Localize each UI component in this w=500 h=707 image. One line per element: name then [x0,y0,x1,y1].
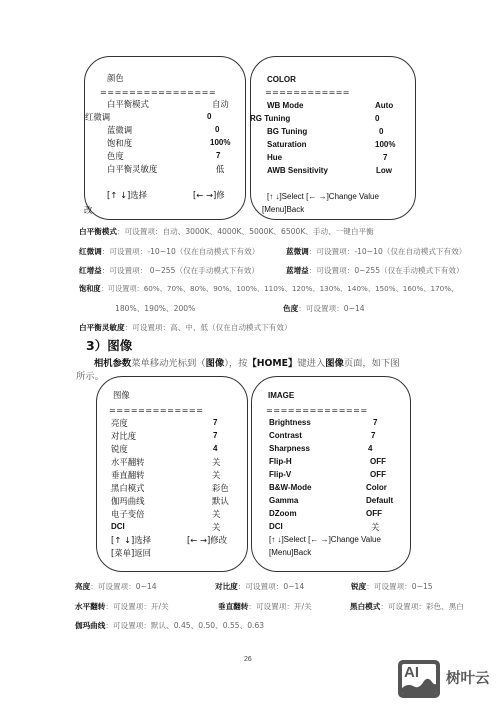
section-paragraph-cont: 所示。 [76,368,104,382]
menu-row-value: 7 [213,431,217,440]
desc-text: ：可设置项：开/关 [248,602,311,611]
page-number: 26 [244,656,252,663]
image-menu-cn-box: 图像 ============= 亮度 7 对比度 7 锐度 4 水平翻转 关 … [96,376,248,572]
menu-row-label: 锐度 [111,443,128,455]
menu-hint-select: [↑ ↓]选择 [111,534,151,546]
desc-wb-mode: 白平衡模式：可设置项：自动、3000K、4000K、5000K、6500K、手动… [79,226,374,237]
desc-name: 垂直翻转 [218,602,248,611]
desc-saturation: 饱和度：可设置项：60%、70%、80%、90%、100%、110%、120%、… [79,284,458,294]
menu-row-value: 4 [368,444,372,453]
menu-separator: ================ [100,87,216,97]
menu-separator: ============= [109,405,203,415]
menu-row-label: 对比度 [111,430,136,442]
menu-row-label: Saturation [267,140,307,149]
desc-flip-h: 水平翻转：可设置项：开/关 [75,601,169,612]
menu-row-value: 0 [379,127,383,136]
menu-row-label: 亮度 [111,417,128,429]
menu-separator: ============ [265,87,350,97]
menu-row-value: 关 [212,469,220,481]
menu-row-value: 默认 [212,495,229,507]
menu-row-value: Default [366,496,393,505]
desc-text: ：可设置项：0~255（仅在手动模式下有效） [309,266,464,275]
menu-row-label: Gamma [269,496,298,505]
desc-name: 色度 [283,304,298,313]
desc-name: 对比度 [215,582,238,591]
image-menu-en-box: IMAGE ============== Brightness 7 Contra… [251,376,411,572]
menu-row-value: 0 [215,125,219,134]
desc-flip-v: 垂直翻转：可设置项：开/关 [218,601,312,612]
para-bold: 图像 [206,358,225,369]
menu-row-label: 蓝微调 [107,124,132,136]
menu-row-value: 7 [373,418,377,427]
menu-title: COLOR [267,75,296,84]
section-heading: 3）图像 [86,336,132,354]
desc-brightness: 亮度：可设置项：0~14 [75,581,157,592]
menu-row-label: Flip-H [269,457,292,466]
desc-red-gain: 红增益：可设置项： 0~255（仅在手动模式下有效） [79,265,259,276]
menu-row-value: OFF [370,457,386,466]
menu-title: IMAGE [268,391,294,400]
para-bold: 【HOME】 [247,358,297,369]
desc-text: ：可设置项：0~14 [238,582,304,591]
menu-row-value: 4 [213,444,217,453]
menu-row-value: OFF [370,470,386,479]
desc-name: 红增益 [79,266,102,275]
menu-row-label: 水平翻转 [111,456,145,468]
desc-name: 饱和度 [79,284,101,293]
mountain-icon [402,664,436,694]
menu-row-value: 7 [213,418,217,427]
desc-text: ：可设置项：开/关 [105,602,168,611]
menu-hint: [↑ ↓]Select [← →]Change Value [269,535,381,544]
watermark-logo-icon: AI [398,660,440,698]
desc-blue-tune: 蓝微调：可设置项：-10~10（仅在自动模式下有效） [286,246,466,257]
desc-text: ：可设置项：0~14 [298,304,364,313]
menu-row-label: Contrast [269,431,302,440]
menu-row-value: 7 [383,153,387,162]
menu-row-label: 电子变倍 [111,508,145,520]
para-bold: 图像 [325,358,344,369]
desc-hue: 色度：可设置项：0~14 [283,303,365,314]
menu-row-value: 0 [375,114,379,123]
menu-row-label: 黑白模式 [111,482,145,494]
menu-title: 图像 [113,389,130,401]
watermark-text: 树叶云 [446,667,490,688]
desc-name: 蓝微调 [286,247,309,256]
menu-row-label: DCI [269,522,283,531]
desc-text: ：可设置项：-10~10（仅在自动模式下有效） [102,247,260,256]
menu-hint-change: [← →]修 [193,189,225,201]
menu-row-label: 白平衡模式 [107,98,149,110]
desc-awb-sensitivity: 白平衡灵敏度：可设置项：高、中、低（仅在自动模式下有效） [79,322,292,333]
menu-row-value: 关 [212,456,220,468]
menu-row-label: DCI [111,522,125,531]
desc-text: ：可设置项：0~15 [366,582,432,591]
menu-back-hint: [Menu]Back [269,548,311,557]
menu-row-label: B&W-Mode [269,483,312,492]
color-menu-en-box: COLOR ============ WB Mode Auto RG Tunin… [250,56,416,220]
menu-row-value: 低 [216,163,224,175]
desc-blue-gain: 蓝增益：可设置项：0~255（仅在手动模式下有效） [286,265,464,276]
desc-name: 伽玛曲线 [75,621,105,630]
para-text: 页面，如下图 [344,358,400,369]
desc-gamma: 伽玛曲线：可设置项：默认、0.45、0.50、0.55、0.63 [75,620,264,631]
desc-text: ：可设置项：自动、3000K、4000K、5000K、6500K、手动、一键白平… [117,227,374,236]
menu-row-label: 白平衡灵敏度 [107,163,157,175]
menu-row-label: Brightness [269,418,311,427]
menu-hint-select: [↑ ↓]选择 [107,189,147,201]
desc-text: ：可设置项：彩色、黑白 [380,602,464,611]
menu-row-value: 关 [212,508,220,520]
menu-back-hint: [Menu]Back [262,205,304,214]
menu-back-hint: [菜单]返回 [111,547,151,559]
desc-name: 白平衡模式 [79,227,117,236]
menu-row-value: 7 [216,151,220,160]
desc-saturation-cont: 180%、190%、200% [115,303,195,314]
section-paragraph: 相机参数菜单移动光标到（图像），按【HOME】键进入图像页面，如下图 [94,355,400,369]
desc-text: ：可设置项：0~14 [90,582,156,591]
desc-bw-mode: 黑白模式：可设置项：彩色、黑白 [350,601,464,612]
desc-text: ：可设置项：默认、0.45、0.50、0.55、0.63 [105,621,264,630]
menu-hint-change: [← →]修改 [187,534,227,546]
menu-row-label: 伽玛曲线 [111,495,145,507]
menu-row-label: Hue [267,153,282,162]
menu-row-value: 100% [210,138,230,147]
menu-row-value: 关 [371,521,379,533]
menu-row-label: RG Tuning [250,114,290,123]
menu-row-value: Low [376,166,392,175]
desc-red-tune: 红微调：可设置项：-10~10（仅在自动模式下有效） [79,246,259,257]
desc-contrast: 对比度：可设置项：0~14 [215,581,304,592]
color-menu-cn-box: 颜色 ================ 白平衡模式 自动 红微调 0 蓝微调 0… [84,56,246,220]
menu-row-value: 彩色 [212,482,229,494]
menu-hint: [↑ ↓]Select [← →]Change Value [267,192,379,201]
menu-row-label: Flip-V [269,470,291,479]
para-text: 菜单移动光标到（ [131,358,205,369]
desc-name: 白平衡灵敏度 [79,323,125,332]
menu-row-value: 0 [207,112,211,121]
menu-row-value: 7 [371,431,375,440]
desc-text: ：可设置项：高、中、低（仅在自动模式下有效） [125,323,292,332]
desc-text: ：可设置项：60%、70%、80%、90%、100%、110%、120%、130… [101,284,459,293]
menu-row-value: Color [366,483,387,492]
desc-name: 蓝增益 [286,266,309,275]
menu-row-label: 色度 [107,150,124,162]
menu-row-value: 100% [375,140,395,149]
desc-name: 红微调 [79,247,102,256]
para-text: ），按 [224,358,247,369]
menu-row-value: 关 [212,521,220,533]
para-text: 键进入 [297,358,325,369]
desc-name: 水平翻转 [75,602,105,611]
desc-name: 黑白模式 [350,602,380,611]
menu-separator: ============== [266,405,368,415]
menu-row-label: BG Tuning [267,127,307,136]
desc-sharpness: 锐度：可设置项：0~15 [351,581,433,592]
menu-row-label: 红微调 [85,111,110,123]
menu-row-label: DZoom [269,509,297,518]
menu-row-value: OFF [366,509,382,518]
menu-hint-change-cont: 改 [84,204,92,216]
desc-name: 亮度 [75,582,90,591]
menu-title: 颜色 [107,72,124,84]
desc-text: ：可设置项： 0~255（仅在手动模式下有效） [102,266,259,275]
menu-row-label: 垂直翻转 [111,469,145,481]
menu-row-value: 自动 [212,98,229,110]
menu-row-label: WB Mode [267,101,303,110]
menu-row-label: 饱和度 [107,137,132,149]
desc-name: 锐度 [351,582,366,591]
menu-row-value: Auto [375,101,393,110]
menu-row-label: Sharpness [269,444,310,453]
desc-text: ：可设置项：-10~10（仅在自动模式下有效） [309,247,467,256]
menu-row-label: AWB Sensitivity [267,166,328,175]
